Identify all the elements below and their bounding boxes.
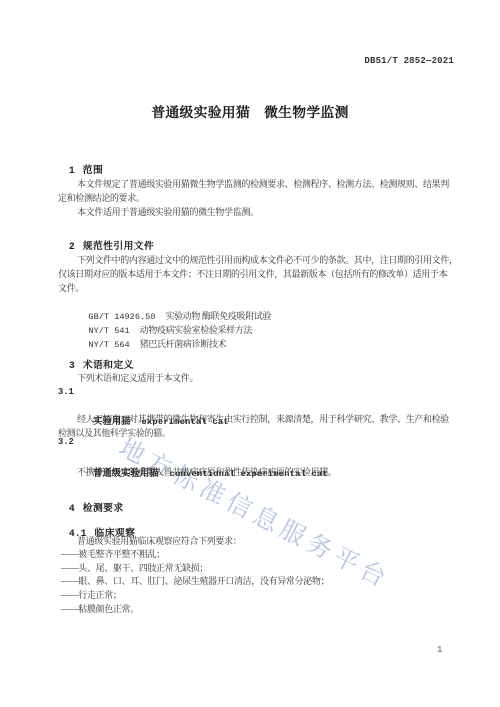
list-item: ——头、尾、躯干、四肢正常无缺损； <box>58 562 456 576</box>
clause-3-2-number: 3.2 <box>58 435 456 449</box>
section-3-heading: 3术语和定义 <box>58 345 456 359</box>
page-number: 1 <box>437 645 442 655</box>
term-definition: 不携带所规定的重要人兽共患病病原和烈性传染病病原的实验用猫。 <box>58 465 456 479</box>
list-item: ——眼、鼻、口、耳、肛门、泌尿生殖器开口清洁，没有异常分泌物； <box>58 575 456 589</box>
term-entry: 实验用猫experimental cat <box>58 399 475 413</box>
document-title: 普通级实验用猫 微生物学监测 <box>0 101 500 121</box>
reference-code: GB/T 14926.50 <box>88 312 155 322</box>
term-entry: 普通级实验用猫conventional experimental cat <box>58 451 475 465</box>
paragraph-line: 下列术语和定义适用于本文件。 <box>58 371 456 385</box>
section-3-intro: 下列术语和定义适用于本文件。 <box>58 371 456 385</box>
paragraph-line: 仅该日期对应的版本适用于本文件；不注日期的引用文件，其最新版本（包括所有的修改单… <box>58 267 456 281</box>
section-4-heading: 4检测要求 <box>58 488 456 502</box>
reference-item: GB/T 14926.50实验动物 酶联免疫吸附试验 <box>58 295 456 309</box>
section-1-number: 1 <box>69 165 75 176</box>
paragraph-line: 经人工饲育，对其携带的微生物和寄生虫实行控制，来源清楚，用于科学研究、教学、生产… <box>58 412 456 426</box>
paragraph-line: 普通级实验用猫临床观察应符合下列要求： <box>58 534 456 548</box>
clause-3-1-number: 3.1 <box>58 385 456 399</box>
section-3-number: 3 <box>69 360 75 371</box>
paragraph-line: 文件。 <box>58 281 456 295</box>
section-2-heading: 2规范性引用文件 <box>58 226 456 240</box>
paragraph-line: 下列文件中的内容通过文中的规范性引用而构成本文件必不可少的条款。其中，注日期的引… <box>58 253 456 267</box>
list-item: ——被毛整齐平整不粗乱； <box>58 548 456 562</box>
section-2-number: 2 <box>69 241 75 252</box>
section-1-title: 范围 <box>83 165 103 176</box>
section-4-1-lead: 普通级实验用猫临床观察应符合下列要求： <box>58 534 456 548</box>
normative-references: GB/T 14926.50实验动物 酶联免疫吸附试验 NY/T 541动物疫病实… <box>58 295 456 337</box>
standard-number: DB51/T 2852—2021 <box>364 56 454 66</box>
section-2-title: 规范性引用文件 <box>83 241 154 252</box>
section-1-heading: 1范围 <box>58 150 456 164</box>
section-4-1-heading: 4.1临床观察 <box>58 513 456 527</box>
reference-code: NY/T 541 <box>88 326 129 336</box>
paragraph-line: 定和检测结论的要求。 <box>58 191 456 205</box>
reference-name: 动物疫病实验室检验采样方法 <box>140 325 252 335</box>
section-2-body: 下列文件中的内容通过文中的规范性引用而构成本文件必不可少的条款。其中，注日期的引… <box>58 253 456 295</box>
paragraph-line: 本文件适用于普通级实验用猫的微生物学监测。 <box>58 205 456 219</box>
clinical-observation-list: ——被毛整齐平整不粗乱； ——头、尾、躯干、四肢正常无缺损； ——眼、鼻、口、耳… <box>58 548 456 616</box>
section-1-body: 本文件规定了普通级实验用猫微生物学监测的检测要求、检测程序、检测方法、检测规则、… <box>58 177 456 219</box>
paragraph-line: 本文件规定了普通级实验用猫微生物学监测的检测要求、检测程序、检测方法、检测规则、… <box>58 177 456 191</box>
document-page: 地方标准信息服务平台 DB51/T 2852—2021 普通级实验用猫 微生物学… <box>0 0 500 707</box>
list-item: ——行走正常； <box>58 589 456 603</box>
section-3-title: 术语和定义 <box>83 360 134 371</box>
paragraph-line: 不携带所规定的重要人兽共患病病原和烈性传染病病原的实验用猫。 <box>58 465 456 479</box>
reference-name: 实验动物 酶联免疫吸附试验 <box>165 311 271 321</box>
list-item: ——粘膜颜色正常。 <box>58 603 456 617</box>
